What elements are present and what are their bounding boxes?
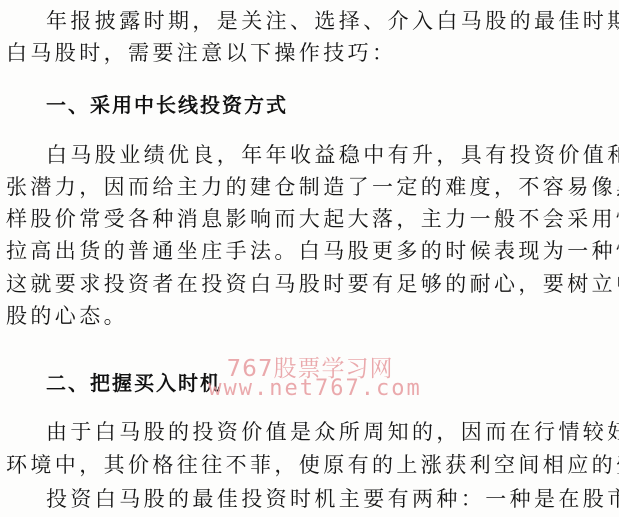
watermark-title: 767股票学习网: [200, 350, 420, 383]
section-2-line-2: 环境中，其价格往往不菲，使原有的上涨获利空间相应的受到压缩。: [6, 452, 619, 478]
section-1-line-2: 张潜力，因而给主力的建仓制造了一定的难度，不容易像黑马股那: [6, 174, 619, 200]
section-heading-1: 一、采用中长线投资方式: [46, 92, 288, 118]
section-2-line-3: 投资白马股的最佳投资时机主要有两种：一种是在股市极度低: [46, 486, 619, 512]
section-1-line-3: 样股价常受各种消息影响而大起大落，主力一般不会采用惯压建仓、: [6, 206, 619, 232]
section-heading-2: 二、把握买入时机: [46, 370, 222, 396]
scanned-page: 年报披露时期，是关注、选择、介入白马股的最佳时期。投资 白马股时，需要注意以下操…: [0, 0, 619, 517]
section-1-line-4: 拉高出货的普通坐庄手法。白马股更多的时候表现为一种慢牛行情，: [6, 238, 619, 264]
intro-line-1: 年报披露时期，是关注、选择、介入白马股的最佳时期。投资: [46, 8, 619, 34]
section-1-line-5: 这就要求投资者在投资白马股时要有足够的耐心，要树立中长线持: [6, 271, 619, 297]
intro-line-2: 白马股时，需要注意以下操作技巧：: [6, 40, 396, 66]
section-2-line-1: 由于白马股的投资价值是众所周知的，因而在行情较好的市场: [46, 419, 619, 445]
section-1-line-1: 白马股业绩优良，年年收益稳中有升，具有投资价值和股本扩: [46, 142, 619, 168]
section-1-line-6: 股的心态。: [6, 303, 128, 329]
